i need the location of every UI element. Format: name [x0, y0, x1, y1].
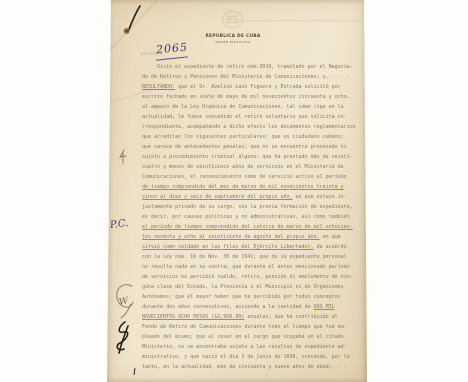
typewritten-line: de tiempo comprendido del mes de marzo d…: [142, 182, 354, 192]
typewritten-line: durante dos años consecutivos, asciende …: [142, 302, 354, 312]
typewritten-line: RESULTANDO: que el Sr. Avelino Lazo Figu…: [142, 82, 354, 92]
document-paper: REPUBLICA DE CUBA PODER EJECUTIVO DECRET…: [107, 0, 367, 382]
ink-scribble-mark: [111, 320, 137, 356]
margin-initials-handwritten: P.C.: [109, 218, 129, 231]
typewritten-line: cuatro y menos de veinticinco años de se…: [142, 162, 354, 172]
pencil-check-mark: [118, 149, 131, 165]
crest-emblem: [219, 10, 245, 28]
typewritten-line: Fondo de Retiro de Comunicaciones durant…: [142, 322, 354, 332]
typewritten-line: con la Ley núm. 16 de Nov. 30 de 1941; q…: [142, 252, 354, 262]
bottom-tick-mark: [134, 368, 136, 375]
typewritten-line: escrito fechado en siete de mayo de mil …: [142, 92, 354, 102]
typewritten-line: tanto, en la actualidad, más de cincuent…: [142, 362, 354, 372]
margin-letter-handwritten: W: [118, 296, 129, 307]
typewritten-line: actualidad, le fuese concedido el retiro…: [142, 112, 354, 122]
typewritten-line: cinco al diez y seis de septiembre del p…: [142, 192, 354, 202]
typewritten-line: el período de tiempo comprendido del cat…: [142, 222, 354, 232]
typewritten-line: pleado del mismo; que al cesar en el car…: [142, 332, 354, 342]
letterhead-country: REPUBLICA DE CUBA: [150, 34, 316, 39]
decree-number-handwritten: 2065: [155, 41, 188, 57]
typewritten-line: Comunicaciones, el reconocimiento como d…: [142, 172, 354, 182]
typewritten-line: justamente privado de su cargo, sin la p…: [142, 202, 354, 212]
typewritten-line: Ministerio, no se encontraba sujeto a la…: [142, 342, 354, 352]
typewritten-line: Visto el expediente de retiro núm.3010, …: [142, 62, 354, 72]
typewritten-line: sujeto a procedimiento criminal alguno; …: [142, 152, 354, 162]
typewritten-line: es decir, por causas políticas y no admi…: [142, 212, 354, 222]
typewritten-line: guna clase del Estado, la Provincia o el…: [142, 282, 354, 292]
typewritten-line: que acreditan los siguientes particulare…: [142, 132, 354, 142]
decree-number-underline: [156, 56, 188, 60]
pen-stroke-mark: [122, 3, 146, 37]
typewritten-line: al amparo de la Ley Orgánica de Comunica…: [142, 102, 354, 112]
typewritten-line: rrespondiente, acompañando a dicho efect…: [142, 122, 354, 132]
typewritten-line: do de Retiros y Pensiones del Ministerio…: [142, 72, 354, 82]
paper-crease: [237, 20, 362, 21]
body-lines: Visto el expediente de retiro núm.3010, …: [142, 62, 354, 372]
typewritten-line: NOVECIENTOS OCHO PESOS ($2,908.00) anual…: [142, 312, 354, 322]
typewritten-line: sirvió como soldado en las filas del Ejé…: [142, 242, 354, 252]
typewritten-line: Autónomos; que el mayor haber que ha per…: [142, 292, 354, 302]
typewritten-line: tos noventa y ocho al veintisiete de ago…: [142, 232, 354, 242]
typewritten-line: que carece de antecedentes penales; que …: [142, 142, 354, 152]
typewritten-line: no resulta nada en su contra; que durant…: [142, 262, 354, 272]
typewritten-line: de servicios no percibió sueldo, retiro,…: [142, 272, 354, 282]
typewritten-line: ministrativo, y que nació el día 3 de ju…: [142, 352, 354, 362]
